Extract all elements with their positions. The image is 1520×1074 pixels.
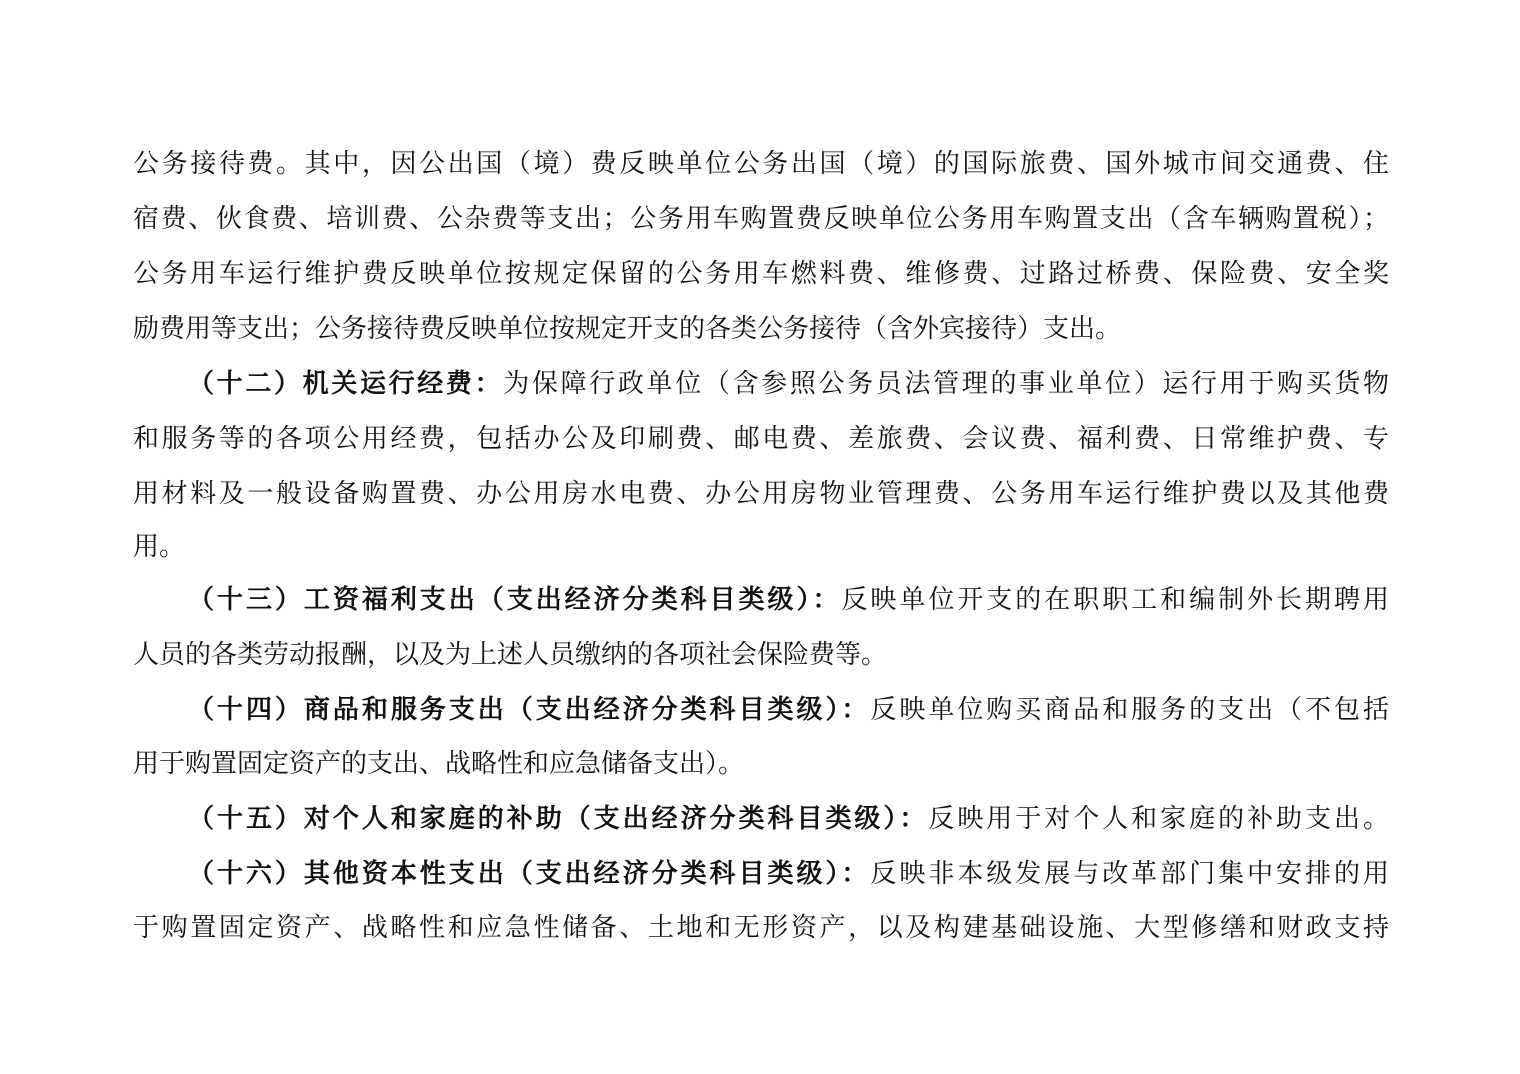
paragraph-16-line-1: （十六）其他资本性支出（支出经济分类科目类级）：反映非本级发展与改革部门集中安排…: [188, 854, 1389, 894]
body-text: 为保障行政单位（含参照公务员法管理的事业单位）运行用于购买货物: [503, 369, 1389, 399]
body-text: 于购置固定资产、战略性和应急性储备、土地和无形资产，以及构建基础设施、大型修缮和…: [133, 913, 1389, 943]
paragraph-15-line-1: （十五）对个人和家庭的补助（支出经济分类科目类级）：反映用于对个人和家庭的补助支…: [188, 799, 1389, 839]
section-heading: （十四）商品和服务支出（支出经济分类科目类级）：: [188, 695, 870, 725]
paragraph-13-line-1: （十三）工资福利支出（支出经济分类科目类级）：反映单位开支的在职职工和编制外长期…: [188, 580, 1389, 620]
body-text: 反映单位开支的在职职工和编制外长期聘用: [841, 585, 1389, 615]
body-text: 宿费、伙食费、培训费、公杂费等支出；公务用车购置费反映单位公务用车购置支出（含车…: [133, 204, 1389, 234]
body-text: 和服务等的各项公用经费，包括办公及印刷费、邮电费、差旅费、会议费、福利费、日常维…: [133, 424, 1389, 454]
paragraph-12-line-4: 用。: [133, 527, 1389, 567]
paragraph-cont-line-1: 公务接待费。其中，因公出国（境）费反映单位公务出国（境）的国际旅费、国外城市间交…: [133, 144, 1389, 184]
paragraph-12-line-2: 和服务等的各项公用经费，包括办公及印刷费、邮电费、差旅费、会议费、福利费、日常维…: [133, 419, 1389, 459]
body-text: 公务接待费。其中，因公出国（境）费反映单位公务出国（境）的国际旅费、国外城市间交…: [133, 149, 1389, 179]
body-text: 反映非本级发展与改革部门集中安排的用: [870, 859, 1389, 889]
paragraph-cont-line-4: 励费用等支出；公务接待费反映单位按规定开支的各类公务接待（含外宾接待）支出。: [133, 309, 1389, 349]
body-text: 用于购置固定资产的支出、战略性和应急储备支出）。: [133, 749, 744, 779]
paragraph-14-line-2: 用于购置固定资产的支出、战略性和应急储备支出）。: [133, 744, 1389, 784]
section-heading: （十二）机关运行经费：: [188, 369, 503, 399]
body-text: 反映用于对个人和家庭的补助支出。: [928, 804, 1389, 834]
body-text: 公务用车运行维护费反映单位按规定保留的公务用车燃料费、维修费、过路过桥费、保险费…: [133, 259, 1389, 289]
body-text: 反映单位购买商品和服务的支出（不包括: [870, 695, 1389, 725]
body-text: 人员的各类劳动报酬，以及为上述人员缴纳的各项社会保险费等。: [133, 640, 887, 670]
paragraph-cont-line-2: 宿费、伙食费、培训费、公杂费等支出；公务用车购置费反映单位公务用车购置支出（含车…: [133, 199, 1389, 239]
paragraph-13-line-2: 人员的各类劳动报酬，以及为上述人员缴纳的各项社会保险费等。: [133, 635, 1389, 675]
paragraph-12-line-1: （十二）机关运行经费：为保障行政单位（含参照公务员法管理的事业单位）运行用于购买…: [188, 364, 1389, 404]
document-page: 公务接待费。其中，因公出国（境）费反映单位公务出国（境）的国际旅费、国外城市间交…: [0, 0, 1520, 1074]
paragraph-14-line-1: （十四）商品和服务支出（支出经济分类科目类级）：反映单位购买商品和服务的支出（不…: [188, 690, 1389, 730]
paragraph-12-line-3: 用材料及一般设备购置费、办公用房水电费、办公用房物业管理费、公务用车运行维护费以…: [133, 474, 1389, 514]
section-heading: （十三）工资福利支出（支出经济分类科目类级）：: [188, 585, 841, 615]
body-text: 励费用等支出；公务接待费反映单位按规定开支的各类公务接待（含外宾接待）支出。: [133, 314, 1121, 344]
body-text: 用。: [133, 532, 185, 562]
section-heading: （十五）对个人和家庭的补助（支出经济分类科目类级）：: [188, 804, 928, 834]
paragraph-16-line-2: 于购置固定资产、战略性和应急性储备、土地和无形资产，以及构建基础设施、大型修缮和…: [133, 908, 1389, 948]
body-text: 用材料及一般设备购置费、办公用房水电费、办公用房物业管理费、公务用车运行维护费以…: [133, 479, 1389, 509]
section-heading: （十六）其他资本性支出（支出经济分类科目类级）：: [188, 859, 870, 889]
paragraph-cont-line-3: 公务用车运行维护费反映单位按规定保留的公务用车燃料费、维修费、过路过桥费、保险费…: [133, 254, 1389, 294]
